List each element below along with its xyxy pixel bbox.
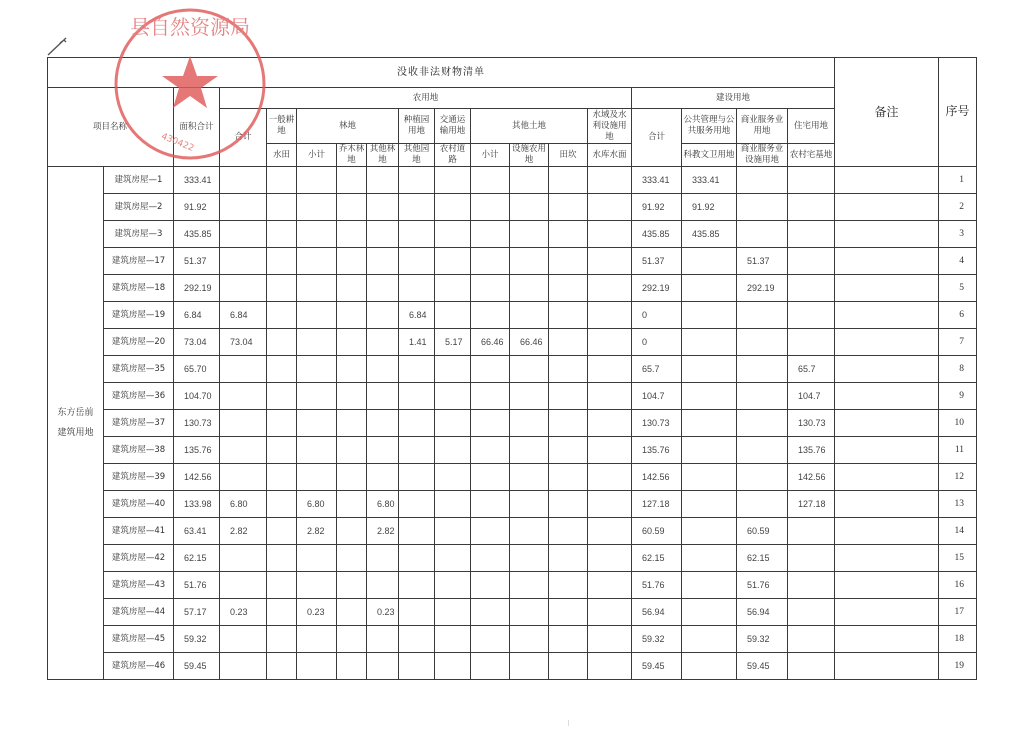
row-cell-agri-total	[220, 572, 267, 599]
residential-header: 住宅用地	[788, 109, 835, 144]
row-project-name: 建筑房屋—39	[104, 464, 174, 491]
row-cell-rural-road	[435, 518, 471, 545]
row-cell-agri-total	[220, 545, 267, 572]
row-cell-reservoir	[588, 464, 632, 491]
row-cell-paddy	[267, 653, 297, 680]
table-row: 建筑房屋—3435.85435.85435.853	[48, 221, 977, 248]
row-cell-homestead	[788, 599, 835, 626]
row-cell-other-garden	[399, 653, 435, 680]
row-cell-commercial: 292.19	[737, 275, 788, 302]
row-cell-arbor	[337, 518, 367, 545]
row-cell-agri-total	[220, 356, 267, 383]
row-cell-agri-total	[220, 410, 267, 437]
row-cell-remark	[835, 167, 939, 194]
row-seq: 14	[939, 518, 977, 545]
table-row: 建筑房屋—4659.4559.4559.4519	[48, 653, 977, 680]
row-cell-edu	[682, 437, 737, 464]
row-cell-constr-total: 127.18	[632, 491, 682, 518]
remarks-header: 备注	[835, 58, 939, 167]
row-cell-facility	[510, 248, 549, 275]
row-cell-facility	[510, 437, 549, 464]
row-area-total: 104.70	[174, 383, 220, 410]
row-cell-rural-road	[435, 248, 471, 275]
row-project-name: 建筑房屋—3	[104, 221, 174, 248]
row-cell-remark	[835, 302, 939, 329]
row-cell-homestead: 130.73	[788, 410, 835, 437]
row-cell-homestead: 104.7	[788, 383, 835, 410]
row-cell-forest-sub	[297, 275, 337, 302]
row-project-name: 建筑房屋—35	[104, 356, 174, 383]
row-cell-agri-total	[220, 194, 267, 221]
row-cell-reservoir	[588, 383, 632, 410]
row-cell-paddy	[267, 437, 297, 464]
row-cell-ridge	[549, 653, 588, 680]
row-cell-remark	[835, 356, 939, 383]
row-cell-edu	[682, 545, 737, 572]
row-cell-reservoir	[588, 572, 632, 599]
row-cell-homestead: 65.7	[788, 356, 835, 383]
row-cell-remark	[835, 491, 939, 518]
row-cell-ridge	[549, 302, 588, 329]
row-cell-paddy	[267, 302, 297, 329]
row-cell-rural-road	[435, 194, 471, 221]
paddy-header: 水田	[267, 144, 297, 167]
row-cell-homestead: 127.18	[788, 491, 835, 518]
row-cell-edu	[682, 383, 737, 410]
row-cell-homestead	[788, 275, 835, 302]
row-cell-forest-sub	[297, 302, 337, 329]
row-cell-other-forest	[367, 248, 399, 275]
row-cell-remark	[835, 572, 939, 599]
table-row: 建筑房屋—1751.3751.3751.374	[48, 248, 977, 275]
row-cell-homestead	[788, 248, 835, 275]
row-cell-edu	[682, 518, 737, 545]
row-cell-facility	[510, 518, 549, 545]
row-cell-reservoir	[588, 356, 632, 383]
row-cell-paddy	[267, 194, 297, 221]
row-cell-commercial: 60.59	[737, 518, 788, 545]
row-area-total: 73.04	[174, 329, 220, 356]
row-cell-facility	[510, 167, 549, 194]
row-cell-constr-total: 0	[632, 302, 682, 329]
row-cell-reservoir	[588, 302, 632, 329]
row-cell-other-sub	[471, 437, 510, 464]
row-project-name: 建筑房屋—41	[104, 518, 174, 545]
row-project-name: 建筑房屋—36	[104, 383, 174, 410]
row-cell-rural-road	[435, 437, 471, 464]
row-cell-ridge	[549, 410, 588, 437]
row-cell-reservoir	[588, 491, 632, 518]
row-cell-edu	[682, 410, 737, 437]
row-cell-constr-total: 104.7	[632, 383, 682, 410]
row-cell-other-forest	[367, 626, 399, 653]
row-cell-reservoir	[588, 518, 632, 545]
row-cell-other-forest	[367, 167, 399, 194]
row-cell-other-sub	[471, 572, 510, 599]
row-cell-other-garden	[399, 626, 435, 653]
row-cell-other-garden	[399, 194, 435, 221]
row-cell-rural-road	[435, 572, 471, 599]
row-cell-other-forest	[367, 302, 399, 329]
row-seq: 12	[939, 464, 977, 491]
row-cell-remark	[835, 275, 939, 302]
row-cell-facility	[510, 410, 549, 437]
row-cell-reservoir	[588, 626, 632, 653]
row-project-name: 建筑房屋—20	[104, 329, 174, 356]
row-cell-ridge	[549, 518, 588, 545]
row-cell-reservoir	[588, 410, 632, 437]
row-cell-homestead	[788, 626, 835, 653]
rural-road-header: 农村道路	[435, 144, 471, 167]
row-cell-forest-sub	[297, 626, 337, 653]
row-cell-arbor	[337, 329, 367, 356]
row-cell-other-garden	[399, 599, 435, 626]
row-area-total: 292.19	[174, 275, 220, 302]
row-cell-agri-total	[220, 221, 267, 248]
row-cell-paddy	[267, 626, 297, 653]
row-area-total: 62.15	[174, 545, 220, 572]
row-cell-remark	[835, 653, 939, 680]
row-cell-reservoir	[588, 437, 632, 464]
row-cell-ridge	[549, 194, 588, 221]
row-cell-paddy	[267, 248, 297, 275]
table-row: 建筑房屋—291.9291.9291.922	[48, 194, 977, 221]
table-row: 建筑房屋—39142.56142.56142.5612	[48, 464, 977, 491]
row-cell-rural-road	[435, 545, 471, 572]
row-cell-other-sub	[471, 383, 510, 410]
row-seq: 6	[939, 302, 977, 329]
row-cell-forest-sub	[297, 464, 337, 491]
row-cell-remark	[835, 518, 939, 545]
row-cell-commercial: 51.76	[737, 572, 788, 599]
row-cell-arbor	[337, 275, 367, 302]
row-cell-facility	[510, 356, 549, 383]
row-cell-other-sub	[471, 167, 510, 194]
row-area-total: 130.73	[174, 410, 220, 437]
row-cell-edu	[682, 275, 737, 302]
row-project-name: 建筑房屋—17	[104, 248, 174, 275]
row-area-total: 59.32	[174, 626, 220, 653]
row-cell-commercial	[737, 437, 788, 464]
row-cell-forest-sub	[297, 167, 337, 194]
row-cell-rural-road	[435, 599, 471, 626]
row-cell-forest-sub	[297, 356, 337, 383]
row-cell-other-sub	[471, 599, 510, 626]
row-cell-arbor	[337, 626, 367, 653]
document-title: 没收非法财物清单	[48, 58, 835, 88]
row-cell-paddy	[267, 275, 297, 302]
row-seq: 17	[939, 599, 977, 626]
row-cell-agri-total: 0.23	[220, 599, 267, 626]
row-cell-commercial: 51.37	[737, 248, 788, 275]
row-cell-reservoir	[588, 653, 632, 680]
row-cell-constr-total: 62.15	[632, 545, 682, 572]
row-project-name: 建筑房屋—1	[104, 167, 174, 194]
row-cell-other-garden	[399, 464, 435, 491]
row-cell-remark	[835, 221, 939, 248]
row-cell-other-garden	[399, 221, 435, 248]
row-cell-homestead	[788, 194, 835, 221]
row-area-total: 142.56	[174, 464, 220, 491]
row-area-total: 6.84	[174, 302, 220, 329]
row-seq: 16	[939, 572, 977, 599]
water-header: 水域及水利设施用地	[588, 109, 632, 144]
row-cell-other-sub	[471, 545, 510, 572]
row-cell-constr-total: 51.76	[632, 572, 682, 599]
row-cell-forest-sub	[297, 437, 337, 464]
row-cell-constr-total: 0	[632, 329, 682, 356]
row-cell-commercial	[737, 464, 788, 491]
row-cell-other-garden	[399, 437, 435, 464]
row-cell-forest-sub	[297, 545, 337, 572]
row-cell-ridge	[549, 248, 588, 275]
plantation-header: 种植园用地	[399, 109, 435, 144]
row-cell-reservoir	[588, 275, 632, 302]
row-cell-other-sub	[471, 464, 510, 491]
row-cell-forest-sub: 6.80	[297, 491, 337, 518]
row-cell-other-forest	[367, 356, 399, 383]
row-cell-constr-total: 135.76	[632, 437, 682, 464]
row-project-name: 建筑房屋—46	[104, 653, 174, 680]
row-cell-paddy	[267, 464, 297, 491]
row-area-total: 59.45	[174, 653, 220, 680]
row-cell-rural-road	[435, 356, 471, 383]
confiscation-sheet: 没收非法财物清单 备注 序号 项目名称 面积合计 农用地 建设用地 合计 一般耕…	[47, 57, 977, 680]
row-cell-remark	[835, 626, 939, 653]
table-row: 建筑房屋—4559.3259.3259.3218	[48, 626, 977, 653]
row-cell-commercial	[737, 491, 788, 518]
row-cell-agri-total: 73.04	[220, 329, 267, 356]
row-cell-edu	[682, 599, 737, 626]
row-cell-edu: 91.92	[682, 194, 737, 221]
forest-land-header: 林地	[297, 109, 399, 144]
education-culture-header: 科教文卫用地	[682, 144, 737, 167]
row-cell-other-forest	[367, 221, 399, 248]
row-cell-facility	[510, 572, 549, 599]
row-cell-other-garden	[399, 167, 435, 194]
row-seq: 8	[939, 356, 977, 383]
row-cell-arbor	[337, 194, 367, 221]
row-cell-commercial: 56.94	[737, 599, 788, 626]
commercial-header: 商业服务业用地	[737, 109, 788, 144]
row-cell-facility	[510, 653, 549, 680]
row-seq: 19	[939, 653, 977, 680]
row-cell-arbor	[337, 356, 367, 383]
row-cell-ridge	[549, 167, 588, 194]
row-cell-constr-total: 292.19	[632, 275, 682, 302]
area-total-header: 面积合计	[174, 88, 220, 167]
row-cell-arbor	[337, 248, 367, 275]
row-cell-facility	[510, 275, 549, 302]
row-cell-other-garden	[399, 518, 435, 545]
row-cell-rural-road	[435, 410, 471, 437]
row-cell-commercial	[737, 167, 788, 194]
row-cell-constr-total: 56.94	[632, 599, 682, 626]
row-cell-other-garden	[399, 572, 435, 599]
row-cell-ridge	[549, 221, 588, 248]
row-cell-other-garden: 6.84	[399, 302, 435, 329]
reservoir-header: 水库水面	[588, 144, 632, 167]
row-cell-agri-total	[220, 626, 267, 653]
rural-homestead-header: 农村宅基地	[788, 144, 835, 167]
row-cell-constr-total: 59.45	[632, 653, 682, 680]
other-land-header: 其他土地	[471, 109, 588, 144]
row-cell-ridge	[549, 437, 588, 464]
table-row: 建筑房屋—37130.73130.73130.7310	[48, 410, 977, 437]
row-area-total: 57.17	[174, 599, 220, 626]
row-cell-other-sub	[471, 491, 510, 518]
row-cell-paddy	[267, 383, 297, 410]
row-cell-reservoir	[588, 329, 632, 356]
row-cell-edu	[682, 356, 737, 383]
row-cell-ridge	[549, 356, 588, 383]
row-cell-rural-road	[435, 653, 471, 680]
row-cell-homestead	[788, 329, 835, 356]
row-cell-commercial: 59.32	[737, 626, 788, 653]
row-cell-remark	[835, 410, 939, 437]
group-label-line1: 东方岳前	[49, 403, 102, 423]
row-cell-forest-sub	[297, 383, 337, 410]
row-cell-remark	[835, 437, 939, 464]
row-cell-other-sub	[471, 221, 510, 248]
row-cell-remark	[835, 194, 939, 221]
row-cell-rural-road	[435, 302, 471, 329]
row-seq: 18	[939, 626, 977, 653]
row-cell-edu: 435.85	[682, 221, 737, 248]
row-cell-other-sub	[471, 356, 510, 383]
row-cell-constr-total: 60.59	[632, 518, 682, 545]
row-cell-constr-total: 435.85	[632, 221, 682, 248]
row-cell-edu	[682, 302, 737, 329]
row-cell-other-garden	[399, 491, 435, 518]
row-cell-edu	[682, 572, 737, 599]
row-cell-commercial	[737, 410, 788, 437]
row-cell-facility	[510, 194, 549, 221]
scan-artifact	[568, 720, 569, 726]
forest-subtotal-header: 小计	[297, 144, 337, 167]
row-cell-ridge	[549, 626, 588, 653]
row-cell-ridge	[549, 545, 588, 572]
row-cell-other-forest	[367, 653, 399, 680]
constr-total-header: 合计	[632, 109, 682, 167]
row-area-total: 51.37	[174, 248, 220, 275]
arbor-forest-header: 乔木林地	[337, 144, 367, 167]
row-cell-other-forest	[367, 410, 399, 437]
row-seq: 11	[939, 437, 977, 464]
row-cell-other-forest	[367, 437, 399, 464]
row-cell-agri-total	[220, 437, 267, 464]
row-cell-other-garden	[399, 383, 435, 410]
row-cell-edu	[682, 329, 737, 356]
row-seq: 1	[939, 167, 977, 194]
seq-header: 序号	[939, 58, 977, 167]
row-cell-forest-sub	[297, 410, 337, 437]
row-cell-other-forest	[367, 464, 399, 491]
row-cell-arbor	[337, 437, 367, 464]
row-cell-arbor	[337, 383, 367, 410]
row-seq: 13	[939, 491, 977, 518]
row-project-name: 建筑房屋—40	[104, 491, 174, 518]
row-cell-paddy	[267, 167, 297, 194]
table-row: 建筑房屋—2073.0473.041.415.1766.4666.4607	[48, 329, 977, 356]
row-cell-commercial	[737, 194, 788, 221]
row-cell-arbor	[337, 572, 367, 599]
row-cell-other-sub	[471, 653, 510, 680]
public-service-header: 公共管理与公共服务用地	[682, 109, 737, 144]
row-cell-paddy	[267, 329, 297, 356]
row-cell-homestead	[788, 653, 835, 680]
row-cell-facility	[510, 464, 549, 491]
row-cell-reservoir	[588, 599, 632, 626]
row-seq: 15	[939, 545, 977, 572]
row-cell-agri-total	[220, 653, 267, 680]
pen-mark-icon	[46, 35, 72, 57]
row-cell-other-garden	[399, 410, 435, 437]
row-cell-remark	[835, 383, 939, 410]
row-cell-paddy	[267, 410, 297, 437]
row-area-total: 63.41	[174, 518, 220, 545]
table-row: 建筑房屋—4163.412.822.822.8260.5960.5914	[48, 518, 977, 545]
facility-agri-header: 设施农用地	[510, 144, 549, 167]
row-project-name: 建筑房屋—43	[104, 572, 174, 599]
project-name-header: 项目名称	[48, 88, 174, 167]
row-cell-forest-sub: 0.23	[297, 599, 337, 626]
row-cell-other-forest	[367, 545, 399, 572]
row-cell-reservoir	[588, 248, 632, 275]
row-cell-other-garden: 1.41	[399, 329, 435, 356]
row-cell-other-forest	[367, 275, 399, 302]
row-cell-other-sub	[471, 248, 510, 275]
row-cell-constr-total: 130.73	[632, 410, 682, 437]
table-row: 建筑房屋—4262.1562.1562.1515	[48, 545, 977, 572]
row-cell-ridge	[549, 491, 588, 518]
row-cell-edu	[682, 248, 737, 275]
row-cell-paddy	[267, 545, 297, 572]
row-cell-other-sub	[471, 194, 510, 221]
row-cell-arbor	[337, 545, 367, 572]
row-cell-forest-sub	[297, 248, 337, 275]
row-cell-other-forest	[367, 194, 399, 221]
row-cell-commercial	[737, 356, 788, 383]
row-seq: 9	[939, 383, 977, 410]
row-cell-other-garden	[399, 545, 435, 572]
row-cell-forest-sub	[297, 329, 337, 356]
row-cell-reservoir	[588, 167, 632, 194]
row-seq: 4	[939, 248, 977, 275]
row-cell-commercial	[737, 383, 788, 410]
row-cell-facility	[510, 626, 549, 653]
row-cell-ridge	[549, 383, 588, 410]
row-project-name: 建筑房屋—42	[104, 545, 174, 572]
row-cell-rural-road	[435, 221, 471, 248]
row-seq: 5	[939, 275, 977, 302]
row-cell-agri-total: 6.84	[220, 302, 267, 329]
row-cell-paddy	[267, 221, 297, 248]
other-forest-header: 其他林地	[367, 144, 399, 167]
row-cell-arbor	[337, 410, 367, 437]
group-label: 东方岳前建筑用地	[48, 167, 104, 680]
row-seq: 7	[939, 329, 977, 356]
row-cell-homestead	[788, 221, 835, 248]
row-cell-edu	[682, 653, 737, 680]
row-cell-facility	[510, 221, 549, 248]
row-cell-homestead	[788, 167, 835, 194]
row-cell-homestead	[788, 572, 835, 599]
row-cell-commercial	[737, 329, 788, 356]
row-cell-other-garden	[399, 248, 435, 275]
table-row: 建筑房屋—18292.19292.19292.195	[48, 275, 977, 302]
construction-land-header: 建设用地	[632, 88, 835, 109]
